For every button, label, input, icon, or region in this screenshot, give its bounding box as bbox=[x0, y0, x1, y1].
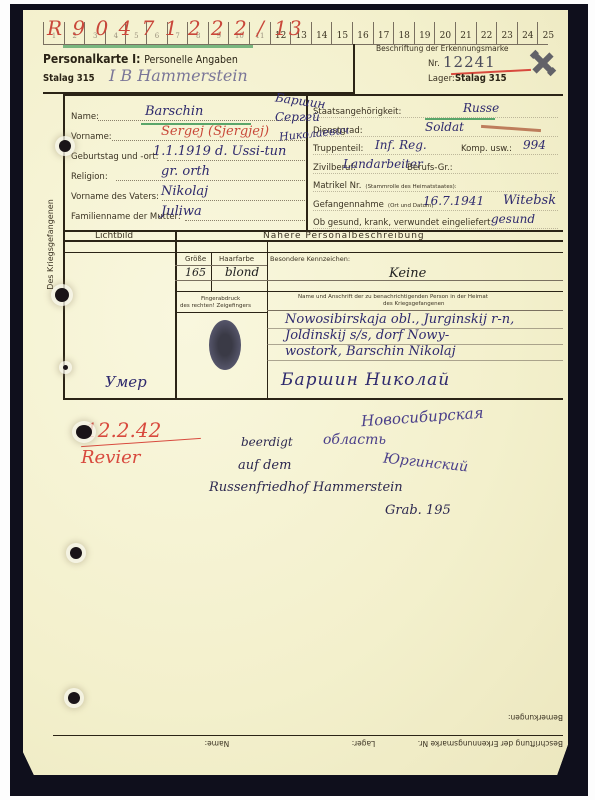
punch-hole bbox=[59, 140, 71, 152]
field-value: 1.1.1919 d. Ussi-tun bbox=[153, 144, 286, 159]
field-value: Russe bbox=[463, 101, 499, 115]
tag-nr-label: Nr. bbox=[428, 59, 440, 69]
field-dotline bbox=[313, 228, 558, 229]
field-label: Vorname des Vaters: bbox=[71, 192, 159, 202]
field-dotline bbox=[185, 220, 305, 221]
green-mark bbox=[425, 118, 495, 120]
cyrillic-note-2: Сергей bbox=[275, 110, 320, 124]
field-label: Ob gesund, krank, verwundet eingeliefert… bbox=[313, 218, 493, 228]
cyrillic-overwrite-1: Новосибирская bbox=[361, 404, 485, 431]
burial-line-4: Grab. 195 bbox=[385, 503, 451, 518]
cyrillic-overwrite-3: Юргинский bbox=[382, 451, 468, 476]
punch-hole bbox=[55, 288, 69, 302]
card-title: Personalkarte I: Personelle Angaben bbox=[43, 52, 238, 66]
hair-label: Haarfarbe bbox=[219, 255, 254, 263]
footer-name: Name: bbox=[205, 739, 230, 748]
fingerprint-label-1: Fingerabdruck bbox=[201, 296, 240, 302]
red-mark bbox=[481, 125, 541, 132]
contact-line: Nowosibirskaja obl., Jurginskij r-n, bbox=[285, 312, 514, 327]
number-cell: 16 bbox=[352, 22, 373, 44]
field-dotline bbox=[98, 120, 305, 121]
field-label: Gefangennahme(Ort und Datum) bbox=[313, 200, 434, 210]
contact-label-2: des Kriegsgefangenen bbox=[383, 301, 445, 307]
number-cell: 14 bbox=[311, 22, 332, 44]
burial-line-1: beerdigt bbox=[241, 435, 293, 449]
footer-upside-down: Beschriftung der Erkennungsmarke Nr. Lag… bbox=[53, 700, 563, 750]
tag-lager-value: Stalag 315 bbox=[455, 73, 507, 84]
field-label: Name: bbox=[71, 112, 99, 122]
footer-remarks: Bemerkungen: bbox=[508, 713, 563, 722]
field-value: Juliwa bbox=[161, 204, 202, 219]
field-dotline bbox=[313, 173, 558, 174]
side-label: Des Kriegsgefangenen bbox=[46, 199, 55, 290]
field-dotline bbox=[313, 154, 558, 155]
contact-line: wostork, Barschin Nikolaj bbox=[285, 344, 456, 359]
section-header: Nähere Personalbeschreibung bbox=[263, 231, 425, 241]
field-value: Soldat bbox=[425, 120, 464, 134]
punch-hole bbox=[68, 692, 80, 704]
capture-place: Witebsk bbox=[503, 193, 556, 208]
death-place: Revier bbox=[81, 447, 140, 468]
number-cell: 23 bbox=[496, 22, 517, 44]
number-cell: 25 bbox=[537, 22, 558, 44]
contact-rule bbox=[267, 360, 563, 361]
field-value: gr. orth bbox=[161, 164, 210, 179]
signature-cyrillic: Баршин Николай bbox=[281, 370, 450, 390]
punch-hole bbox=[76, 425, 92, 439]
photo-header: Lichtbild bbox=[95, 231, 133, 241]
number-cell: 22 bbox=[476, 22, 497, 44]
signature-photo: Умер bbox=[105, 373, 147, 391]
footer-tag-label: Beschriftung der Erkennungsmarke Nr. Lag… bbox=[205, 739, 563, 748]
handwritten-code: R 9 0 4 7 1 2 2 2 / 13 bbox=[47, 16, 304, 40]
name-underline bbox=[141, 123, 251, 125]
burial-line-2: auf dem bbox=[238, 458, 291, 473]
contact-line: Joldinskij s/s, dorf Nowy- bbox=[285, 328, 449, 343]
subtitle: Personelle Angaben bbox=[144, 54, 238, 66]
number-cell: 18 bbox=[393, 22, 414, 44]
size-value: 165 bbox=[185, 266, 206, 279]
footer-lager: Lager: bbox=[352, 739, 376, 748]
number-cell: 19 bbox=[414, 22, 435, 44]
cyrillic-note-3: Николаевич bbox=[279, 123, 350, 143]
cyrillic-overwrite-2: область bbox=[323, 432, 386, 448]
punch-hole bbox=[70, 547, 82, 559]
marks-label: Besondere Kennzeichen: bbox=[270, 255, 350, 263]
number-cell: 24 bbox=[517, 22, 538, 44]
stalag-handwritten: I B Hammerstein bbox=[109, 66, 248, 85]
title: Personalkarte I: bbox=[43, 52, 140, 66]
number-cell: 21 bbox=[455, 22, 476, 44]
stamp-icon bbox=[528, 48, 558, 78]
field-extra-value: 994 bbox=[523, 138, 546, 152]
marks-value: Keine bbox=[389, 266, 426, 281]
field-value: Nikolaj bbox=[161, 184, 208, 199]
field-dotline bbox=[167, 160, 305, 161]
field-label: Matrikel Nr.(Stammrolle des Heimatstaate… bbox=[313, 181, 457, 191]
number-cell: 15 bbox=[331, 22, 352, 44]
stalag-label: Stalag 315 bbox=[43, 73, 95, 84]
tag-nr-value: 12241 bbox=[443, 53, 496, 71]
field-value: gesund bbox=[491, 212, 535, 226]
footer-tag-text: Beschriftung der Erkennungsmarke Nr. bbox=[418, 739, 563, 748]
green-underline bbox=[63, 45, 253, 48]
field-label: Staatsangehörigkeit: bbox=[313, 107, 401, 117]
field-dotline bbox=[313, 210, 558, 211]
number-cell: 20 bbox=[434, 22, 455, 44]
tag-heading: Beschriftung der Erkennungsmarke bbox=[376, 44, 509, 53]
hair-value: blond bbox=[225, 265, 259, 279]
burial-line-3: Russenfriedhof Hammerstein bbox=[209, 480, 403, 495]
field-extra-label: Berufs-Gr.: bbox=[407, 163, 453, 173]
field-label: Geburtstag und -ort: bbox=[71, 152, 158, 162]
field-label: Religion: bbox=[71, 172, 108, 182]
field-value: Inf. Reg. bbox=[375, 138, 427, 152]
fingerprint-image bbox=[209, 320, 241, 370]
number-cell: 17 bbox=[373, 22, 394, 44]
footer-rule bbox=[53, 735, 563, 736]
size-label: Größe bbox=[185, 255, 206, 263]
tag-lager-label: Lager: bbox=[428, 74, 455, 84]
field-dotline bbox=[162, 200, 305, 201]
field-label: Vorname: bbox=[71, 132, 112, 142]
field-value: 16.7.1941 bbox=[423, 194, 484, 208]
field-label: Truppenteil: bbox=[313, 144, 363, 154]
punch-hole bbox=[63, 365, 68, 370]
personal-card: 1234567891011121314151617181920212223242… bbox=[23, 10, 568, 775]
contact-label-1: Name und Anschrift der zu benachrichtige… bbox=[298, 294, 488, 300]
fingerprint-label-2: des rechten! Zeigefingers bbox=[180, 303, 251, 309]
field-dotline bbox=[112, 140, 305, 141]
death-date: 12.2.42 bbox=[85, 418, 161, 442]
field-value: Sergej (Sjergjej) bbox=[161, 124, 269, 139]
field-extra-label: Komp. usw.: bbox=[461, 144, 512, 154]
field-dotline bbox=[116, 180, 305, 181]
field-value: Barschin bbox=[145, 104, 203, 119]
